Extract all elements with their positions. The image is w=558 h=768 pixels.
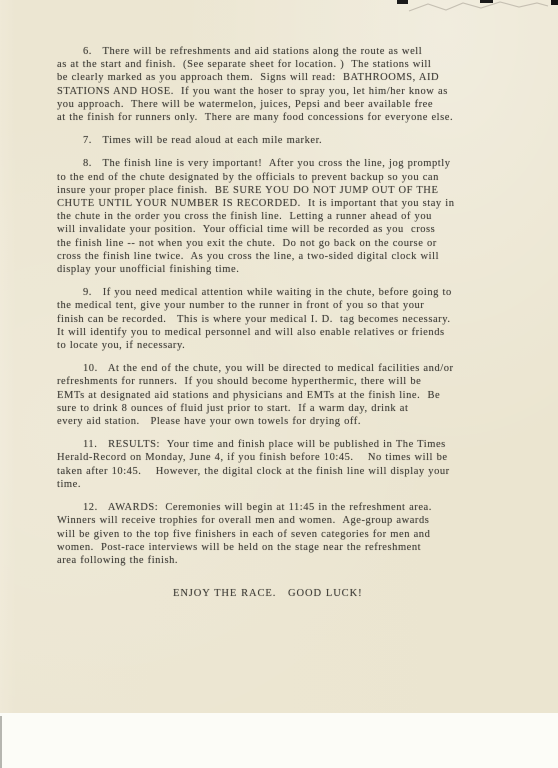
scanned-document: 6. There will be refreshments and aid st… [0, 0, 558, 768]
paragraph: 8. The finish line is very important! Af… [57, 157, 537, 276]
text-line: taken after 10:45. However, the digital … [57, 465, 537, 478]
text-line: the chute in the order you cross the fin… [57, 210, 537, 223]
text-line: the medical tent, give your number to th… [57, 299, 537, 312]
text-line: CHUTE UNTIL YOUR NUMBER IS RECORDED. It … [57, 197, 537, 210]
text-line: to locate you, if necessary. [57, 339, 537, 352]
text-line: at the finish for runners only. There ar… [57, 111, 537, 124]
text-line: 8. The finish line is very important! Af… [57, 157, 537, 170]
text-line: EMTs at designated aid stations and phys… [57, 389, 537, 402]
text-line: time. [57, 478, 537, 491]
text-line: 7. Times will be read aloud at each mile… [57, 134, 537, 147]
paragraph: 7. Times will be read aloud at each mile… [57, 134, 537, 147]
text-line: every aid station. Please have your own … [57, 415, 537, 428]
text-line: area following the finish. [57, 554, 537, 567]
text-line: STATIONS AND HOSE. If you want the hoser… [57, 85, 537, 98]
text-line: display your unofficial finishing time. [57, 263, 537, 276]
text-line: It will identify you to medical personne… [57, 326, 537, 339]
text-line: finish can be recorded. This is where yo… [57, 313, 537, 326]
paragraph-list: 6. There will be refreshments and aid st… [57, 45, 537, 567]
text-line: 10. At the end of the chute, you will be… [57, 362, 537, 375]
ink-tick-icon [397, 0, 408, 4]
text-line: be clearly marked as you approach them. … [57, 71, 537, 84]
paragraph: 10. At the end of the chute, you will be… [57, 362, 537, 428]
text-line: Winners will receive trophies for overal… [57, 514, 537, 527]
text-line: 6. There will be refreshments and aid st… [57, 45, 537, 58]
closing-line: ENJOY THE RACE. GOOD LUCK! [57, 587, 537, 600]
paragraph: 12. AWARDS: Ceremonies will begin at 11:… [57, 501, 537, 567]
text-line: the finish line -- not when you exit the… [57, 237, 537, 250]
paragraph: 9. If you need medical attention while w… [57, 286, 537, 352]
text-line: you approach. There will be watermelon, … [57, 98, 537, 111]
text-line: refreshments for runners. If you should … [57, 375, 537, 388]
corner-ink-mark-icon [551, 0, 558, 5]
ink-tick-icon [480, 0, 493, 3]
text-line: Herald-Record on Monday, June 4, if you … [57, 451, 537, 464]
text-line: 11. RESULTS: Your time and finish place … [57, 438, 537, 451]
text-line: insure your proper place finish. BE SURE… [57, 184, 537, 197]
text-line: 12. AWARDS: Ceremonies will begin at 11:… [57, 501, 537, 514]
text-line: will be given to the top five finishers … [57, 528, 537, 541]
document-body: 6. There will be refreshments and aid st… [57, 45, 537, 600]
paragraph: 6. There will be refreshments and aid st… [57, 45, 537, 124]
ink-marks-graphic [0, 0, 558, 26]
text-line: women. Post-race interviews will be held… [57, 541, 537, 554]
text-line: as at the start and finish. (See separat… [57, 58, 537, 71]
pencil-scribble-icon [409, 2, 548, 11]
text-line: will invalidate your position. Your offi… [57, 223, 537, 236]
text-line: sure to drink 8 ounces of fluid just pri… [57, 402, 537, 415]
backing-sheet [0, 713, 558, 768]
text-line: to the end of the chute designated by th… [57, 171, 537, 184]
backing-edge-line [0, 716, 2, 768]
text-line: 9. If you need medical attention while w… [57, 286, 537, 299]
paragraph: 11. RESULTS: Your time and finish place … [57, 438, 537, 491]
text-line: cross the finish line twice. As you cros… [57, 250, 537, 263]
